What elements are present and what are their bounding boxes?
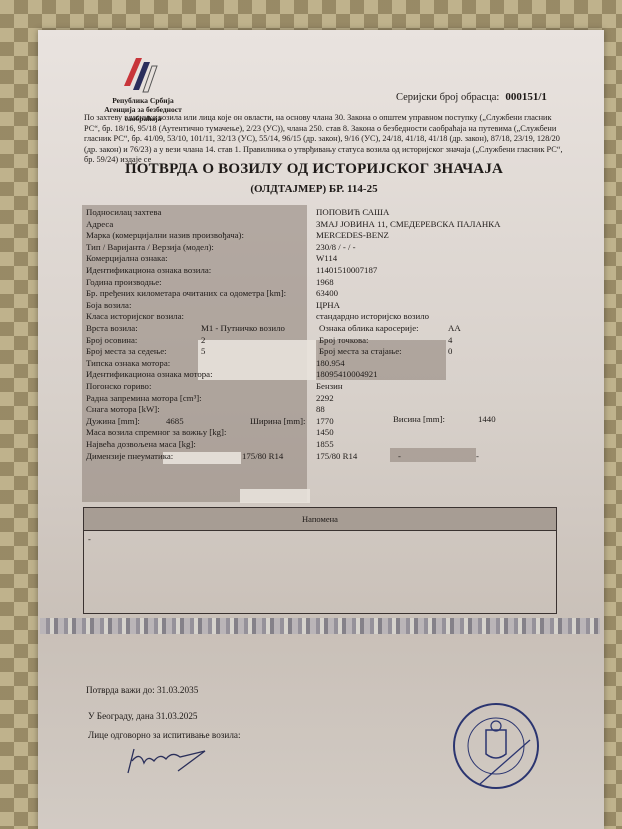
serial-number: Серијски број обрасца:000151/1 <box>396 91 547 103</box>
field-label: Тип / Варијанта / Верзија (модел): <box>86 242 214 252</box>
field-value: AA <box>448 323 461 333</box>
field-value: 63400 <box>316 288 338 298</box>
tyre-value: - <box>476 451 479 461</box>
tyre-value: 175/80 R14 <box>316 451 357 461</box>
field-value: стандардно историјско возило <box>316 311 429 321</box>
field-value: 230/8 / - / - <box>316 242 356 252</box>
field-label: Погонско гориво: <box>86 381 151 391</box>
field-value: 0 <box>448 346 452 356</box>
length-value-box <box>163 452 241 464</box>
hologram-strip <box>40 618 600 634</box>
width-label: Ширина [mm]: <box>250 416 306 426</box>
field-label: Идентификациона ознака возила: <box>86 265 211 275</box>
tyre-value: 175/80 R14 <box>242 451 283 461</box>
field-label: Типска ознака мотора: <box>86 358 170 368</box>
field-label: Марка (комерцијални назив произвођача): <box>86 230 244 240</box>
field-label: Година производње: <box>86 277 162 287</box>
field-label: Врста возила: <box>86 323 138 333</box>
field-label: Класа историјског возила: <box>86 311 184 321</box>
field-label: Највећа дозвољена маса [kg]: <box>86 439 196 449</box>
official-stamp-icon <box>450 700 542 792</box>
field-value: Бензин <box>316 381 343 391</box>
tyre-value: - <box>398 451 401 461</box>
field-label: Маса возила спремног за вожњу [kg]: <box>86 427 226 437</box>
place-date: У Београду, дана 31.03.2025 <box>88 711 198 721</box>
field-value: M1 - Путничко возило <box>201 323 285 333</box>
field-value: ЗМАЈ ЈОВИНА 11, СМЕДЕРЕВСКА ПАЛАНКА <box>316 219 500 229</box>
length-label: Дужина [mm]: <box>86 416 140 426</box>
field-label: Комерцијална ознака: <box>86 253 168 263</box>
field-value: ЦРНА <box>316 300 340 310</box>
length-value: 4685 <box>166 416 184 426</box>
field-label: Број места за стајање: <box>319 346 402 356</box>
field-label: Радна запремина мотора [cm³]: <box>86 393 202 403</box>
serial-value: 000151/1 <box>505 91 547 103</box>
field-value: 1968 <box>316 277 334 287</box>
field-value: W114 <box>316 253 337 263</box>
field-label: Бр. пређених километара очитаних са одом… <box>86 288 286 298</box>
note-header: Напомена <box>84 508 556 531</box>
field-label: Идентификациона ознака мотора: <box>86 369 213 379</box>
width-value: 1770 <box>316 416 334 426</box>
height-value: 1440 <box>478 414 496 424</box>
field-value: 88 <box>316 404 325 414</box>
field-value: MERCEDES-BENZ <box>316 230 389 240</box>
note-box: Напомена - <box>83 507 557 614</box>
field-label: Подносилац захтева <box>86 207 161 217</box>
field-value: 1450 <box>316 427 334 437</box>
document-subtitle: (ОЛДТАЈМЕР) БР. 114-25 <box>84 183 544 195</box>
field-label: Боја возила: <box>86 300 131 310</box>
height-label: Висина [mm]: <box>393 414 445 424</box>
field-value: 180.954 <box>316 358 345 368</box>
signature-icon <box>120 743 210 777</box>
field-label: Адреса <box>86 219 113 229</box>
field-value: 4 <box>448 335 452 345</box>
agency-logo-icon <box>122 56 162 96</box>
height-label-box <box>390 448 476 462</box>
split-value-box <box>198 340 318 380</box>
valid-until: Потврда важи до: 31.03.2035 <box>86 685 198 695</box>
field-value: 5 <box>201 346 205 356</box>
field-label: Снага мотора [kW]: <box>86 404 160 414</box>
field-value: 2292 <box>316 393 334 403</box>
field-value: 18095410004921 <box>316 369 378 379</box>
field-value: 2 <box>201 335 205 345</box>
responsible-person-label: Лице одговорно за испитивање возила: <box>88 730 241 740</box>
serial-label: Серијски број обрасца: <box>396 92 499 103</box>
document-title: ПОТВРДА О ВОЗИЛУ ОД ИСТОРИЈСКОГ ЗНАЧАЈА <box>84 161 544 178</box>
field-value: ПОПОВИЋ САША <box>316 207 389 217</box>
field-label: Број точкова: <box>319 335 368 345</box>
field-label: Број осовина: <box>86 335 137 345</box>
note-body: - <box>84 531 556 547</box>
tyre-label: Димензије пнеуматика: <box>86 451 173 461</box>
field-value: 1855 <box>316 439 334 449</box>
field-label: Број места за седење: <box>86 346 167 356</box>
country-name: Република Србија <box>88 96 198 105</box>
field-label: Ознака облика каросерије: <box>319 323 419 333</box>
tyre-value-box <box>240 489 310 503</box>
field-value: 11401510007187 <box>316 265 377 275</box>
legal-preamble: По захтеву власника возила или лица које… <box>84 113 564 166</box>
